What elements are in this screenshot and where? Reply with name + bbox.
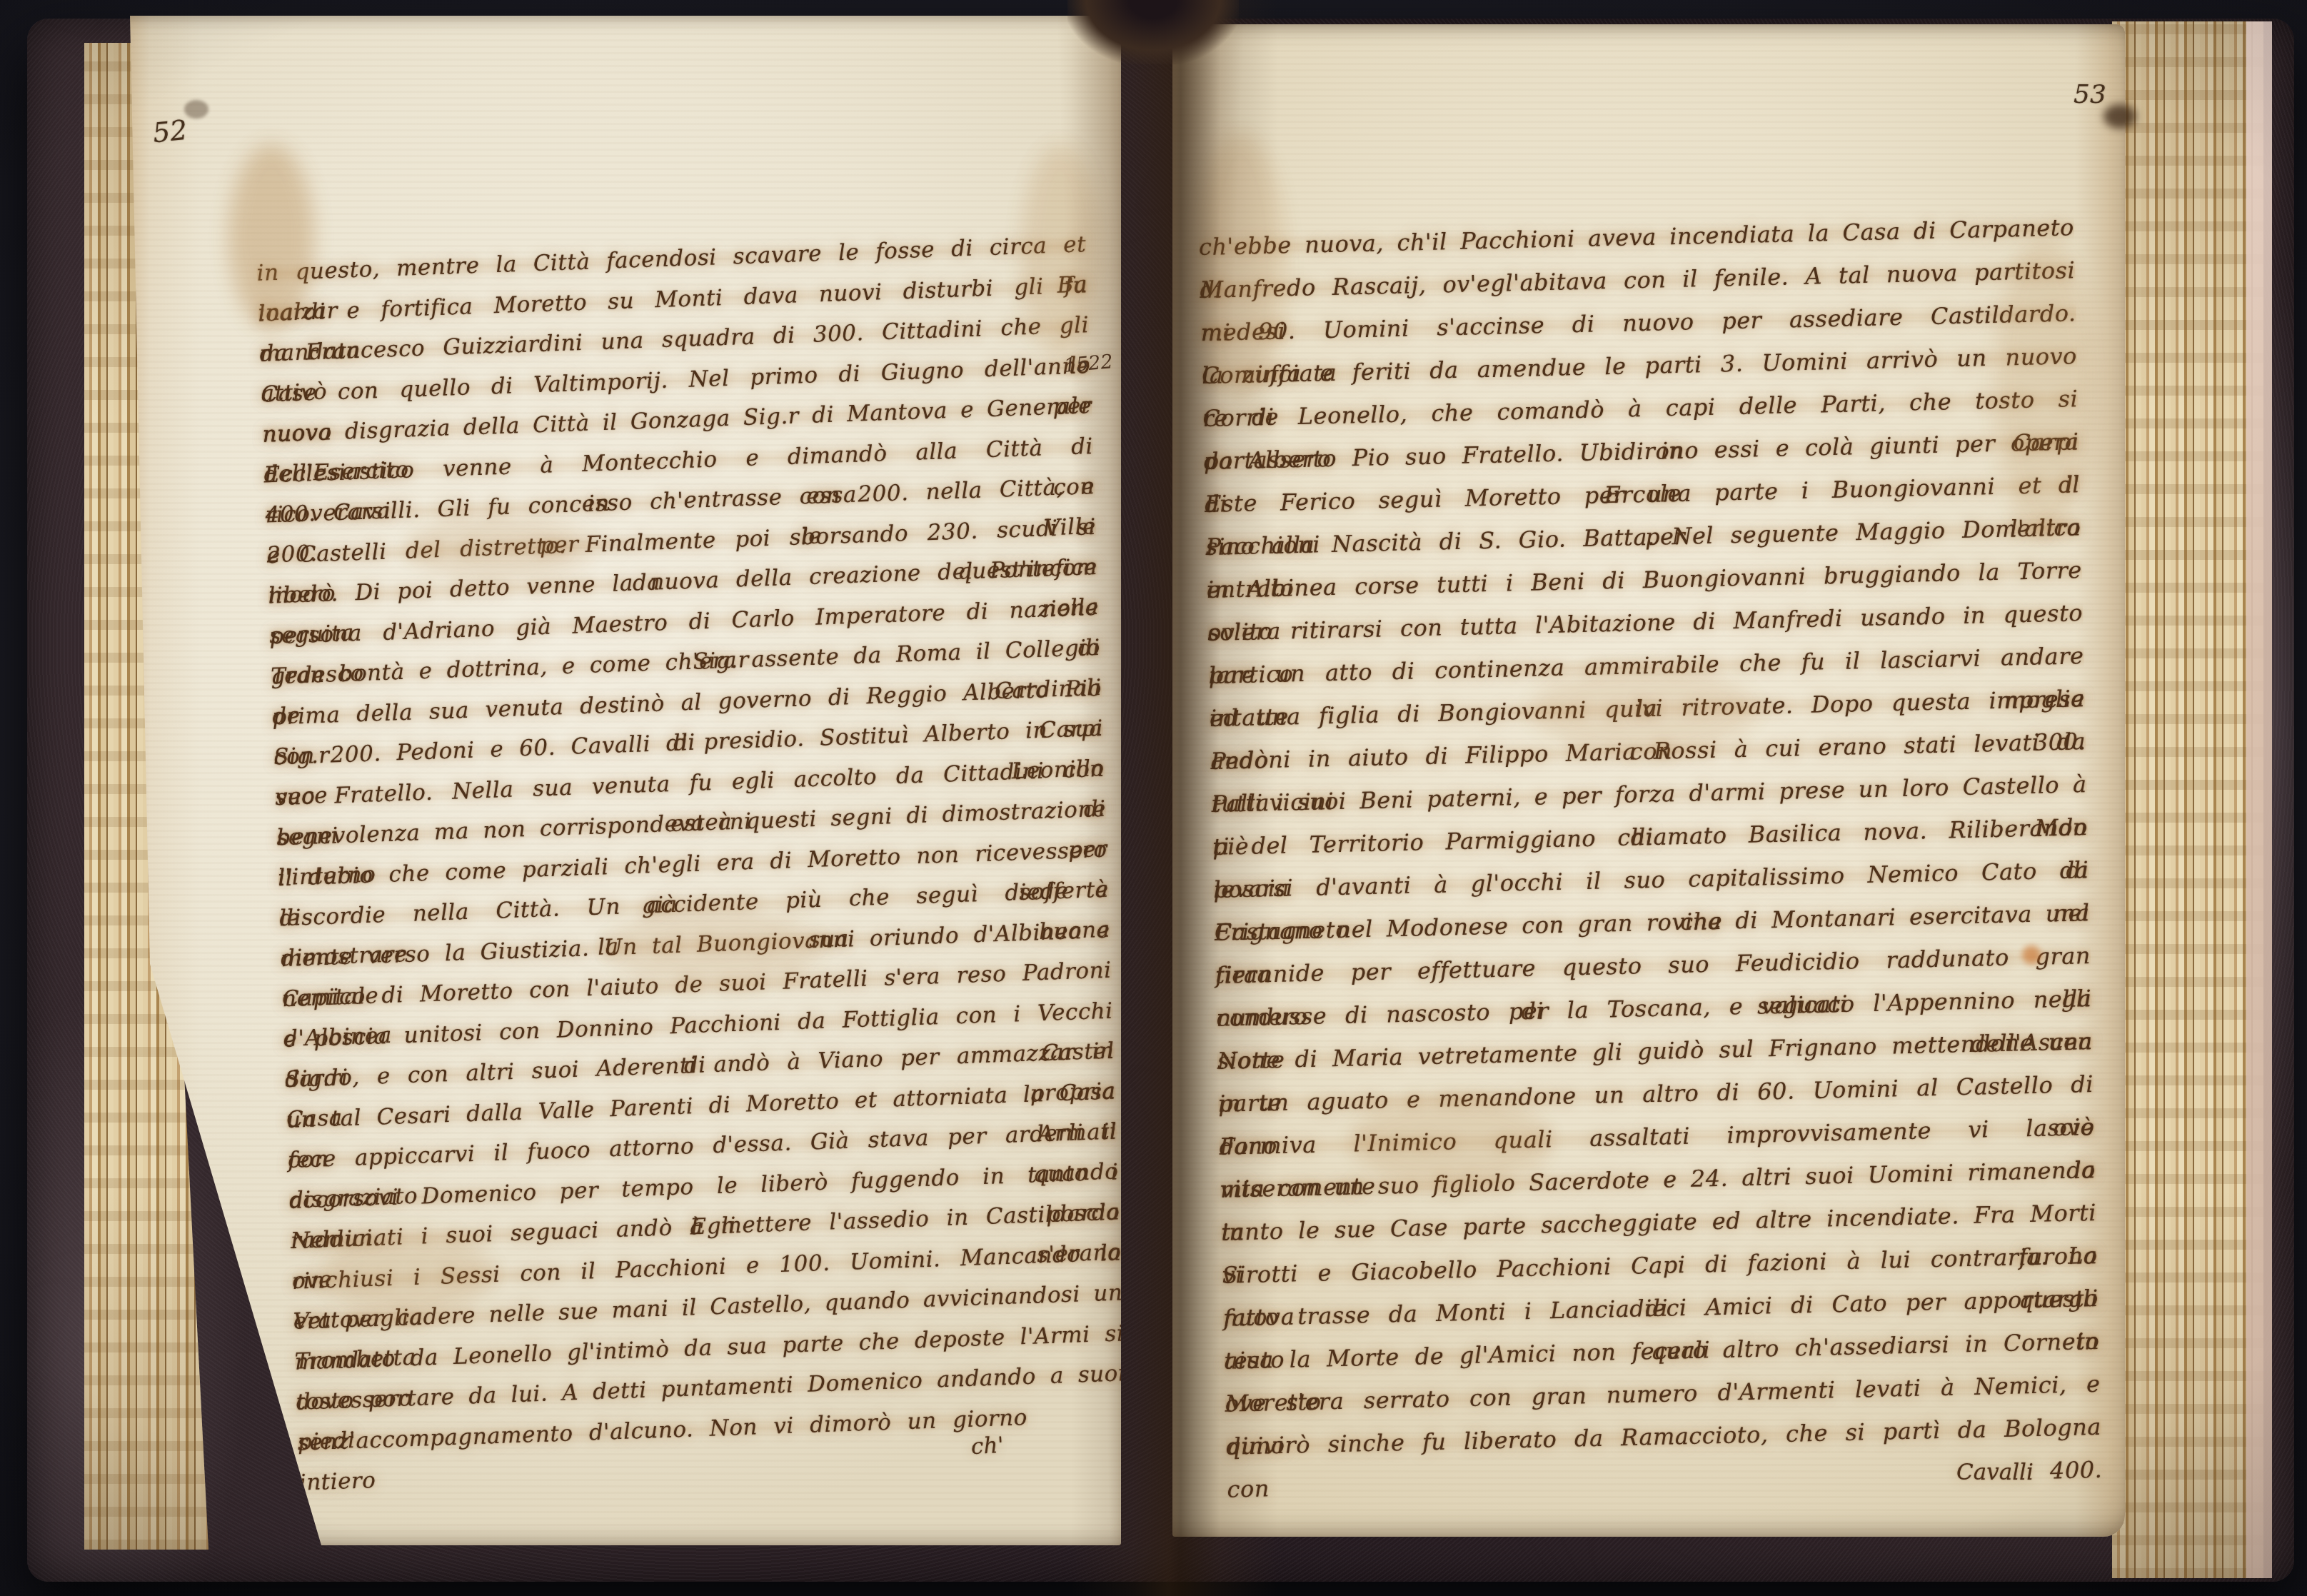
guard-leaf-edge (2246, 21, 2272, 1578)
page-stack-right-edge (2112, 21, 2263, 1578)
ink-blot (2104, 104, 2136, 129)
ink-blot (184, 100, 208, 119)
spine-top-leather (1067, 0, 1239, 64)
right-page: 53 ch'ebbe nuova, ch'il Pacchioni aveva … (1172, 24, 2125, 1537)
page-number-52: 52 (151, 114, 189, 149)
photograph-background: 52 in questo, mentre la Città facendosi … (0, 0, 2307, 1596)
page-number-53: 53 (2074, 80, 2106, 109)
left-page-text-block: in questo, mentre la Città facendosi sca… (256, 224, 1127, 1463)
margin-note-year: 1522 (1063, 351, 1114, 377)
left-page: 52 in questo, mentre la Città facendosi … (107, 16, 1121, 1545)
catchword-right: Cavalli (1956, 1460, 2034, 1485)
right-page-text-block: ch'ebbe nuova, ch'il Pacchioni aveva inc… (1198, 206, 2101, 1467)
catchword-left: ch' (970, 1432, 1005, 1460)
